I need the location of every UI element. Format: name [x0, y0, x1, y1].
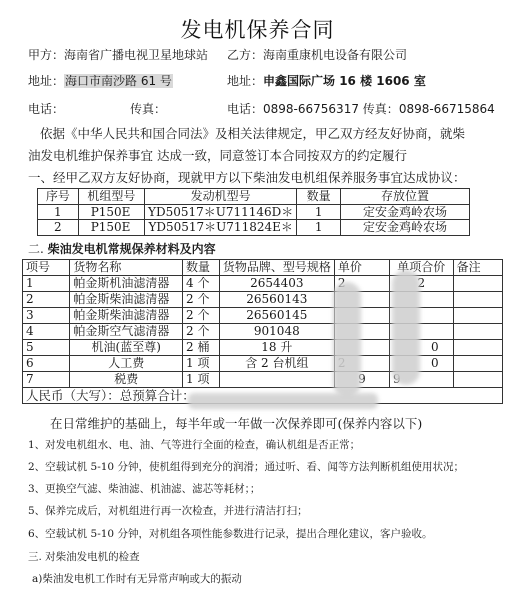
cell-spec: 901048 — [219, 324, 334, 340]
cell-engine-model: YD50517＊U711824E＊ — [145, 220, 297, 236]
cell-quantity: 2 个 — [183, 324, 220, 340]
redaction-blur — [188, 393, 378, 409]
cell-item-name: 税费 — [70, 372, 183, 388]
cell-quantity: 2 桶 — [183, 340, 220, 356]
cell-index: 6 — [23, 356, 70, 372]
intro-line-2: 油发电机维护保养事宜 达成一致，同意签订本合同按双方的约定履行 — [28, 146, 407, 164]
cell-index: 7 — [23, 372, 70, 388]
header-cell: 货物名称 — [70, 260, 183, 276]
party-b-label: 乙方： — [227, 48, 263, 62]
cell-remark — [453, 372, 502, 388]
party-b-fax-label: 传真： — [363, 102, 399, 116]
cell-remark — [453, 292, 502, 308]
cell-item-name: 人工费 — [70, 356, 183, 372]
cell-quantity: 1 — [297, 204, 341, 220]
cell-index: 1 — [23, 276, 70, 292]
maintenance-item: 5、保养完成后，对机组进行再一次检查，并进行清洁打扫； — [28, 503, 308, 518]
header-cell: 数量 — [183, 260, 220, 276]
header-cell: 发动机型号 — [145, 189, 297, 205]
cell-index: 2 — [38, 220, 79, 236]
redaction-blur — [392, 270, 420, 385]
section3-heading: 三. 对柴油发电机的检查 — [28, 549, 140, 564]
party-b-phone: 0898-66756317 — [263, 102, 359, 116]
cell-index: 5 — [23, 340, 70, 356]
table-row: 2 帕金斯柴油滤清器 2 个 26560143 — [23, 292, 503, 308]
party-b-phone-label: 电话： — [227, 102, 263, 116]
section3-item: a)柴油发电机工作时有无异常声响或大的振动 — [32, 571, 242, 586]
maintenance-item: 2、空载试机 5-10 分钟，使机组得到充分的润滑；通过听、看、闻等方法判断机组… — [28, 459, 464, 474]
table-row: 4 帕金斯空气滤清器 2 个 901048 — [23, 324, 503, 340]
party-a-phone-label: 电话： — [28, 100, 64, 117]
cell-unit-model: P150E — [78, 220, 144, 236]
cell-unit-model: P150E — [78, 204, 144, 220]
maintenance-intro: 在日常维护的基础上，每半年或一年做一次保养即可(保养内容以下) — [50, 414, 422, 432]
cell-index: 2 — [23, 292, 70, 308]
party-a-address-line: 地址：海口市南沙路 61 号 — [28, 72, 173, 89]
party-a-line: 甲方：海南省广播电视卫星地球站 — [28, 46, 208, 63]
party-a-address: 海口市南沙路 61 号 — [64, 74, 173, 88]
cell-quantity: 2 个 — [183, 292, 220, 308]
header-cell: 项号 — [23, 260, 70, 276]
party-b-contact-line: 电话：0898-66756317 传真：0898-66715864 — [227, 100, 495, 117]
table-row: 3 帕金斯柴油滤清器 2 个 26560145 — [23, 308, 503, 324]
cell-index: 1 — [38, 204, 79, 220]
party-b-address-line: 地址：申鑫国际广场 16 楼 1606 室 — [227, 72, 426, 89]
cell-quantity: 1 项 — [183, 372, 220, 388]
cell-quantity: 2 个 — [183, 308, 220, 324]
cell-quantity: 4 个 — [183, 276, 220, 292]
header-cell: 单价 — [334, 260, 389, 276]
table-row: 1 帕金斯机油滤清器 4 个 2654403 2 2 — [23, 276, 503, 292]
cell-engine-model: YD50517＊U711146D＊ — [145, 204, 297, 220]
party-b-name: 海南重康机电设备有限公司 — [263, 48, 407, 62]
table-row: 7 税费 1 项 9 9 — [23, 372, 503, 388]
cell-spec: 18 升 — [219, 340, 334, 356]
party-a-name: 海南省广播电视卫星地球站 — [64, 48, 208, 62]
cell-index: 4 — [23, 324, 70, 340]
cell-location: 定安金鸡岭农场 — [340, 220, 469, 236]
cell-item-name: 机油(蓝至尊) — [70, 340, 183, 356]
party-b-fax: 0898-66715864 — [399, 102, 495, 116]
maintenance-item: 6、空载试机 5-10 分钟，对机组各项性能参数进行记录，提出合理化建议，客户验… — [28, 526, 432, 541]
cell-spec: 2654403 — [219, 276, 334, 292]
maintenance-materials-table: 项号 货物名称 数量 货物品牌、型号规格 单价 单项合价 备注 1 帕金斯机油滤… — [22, 259, 503, 404]
party-b-address-label: 地址： — [227, 74, 263, 88]
party-a-fax-label: 传真： — [130, 100, 166, 117]
header-cell: 数量 — [297, 189, 341, 205]
section2-heading-line: 二. 柴油发电机常规保养材料及内容 — [28, 240, 216, 257]
cell-spec: 26560145 — [219, 308, 334, 324]
table-row: 2 P150E YD50517＊U711824E＊ 1 定安金鸡岭农场 — [38, 220, 470, 236]
generator-units-table: 序号 机组型号 发动机型号 数量 存放位置 1 P150E YD50517＊U7… — [37, 188, 470, 236]
cell-index: 3 — [23, 308, 70, 324]
cell-remark — [453, 276, 502, 292]
cell-spec: 26560143 — [219, 292, 334, 308]
cell-remark — [453, 340, 502, 356]
party-b-address: 申鑫国际广场 16 楼 1606 室 — [263, 74, 426, 88]
cell-quantity: 1 项 — [183, 356, 220, 372]
party-a-label: 甲方： — [28, 48, 64, 62]
header-cell: 序号 — [38, 189, 79, 205]
cell-remark — [453, 356, 502, 372]
table-row: 6 人工费 1 项 含 2 台机组 2 0 — [23, 356, 503, 372]
header-cell: 备注 — [453, 260, 502, 276]
cell-item-name: 帕金斯柴油滤清器 — [70, 292, 183, 308]
section2-heading: 柴油发电机常规保养材料及内容 — [48, 242, 216, 256]
cell-spec: 含 2 台机组 — [219, 356, 334, 372]
maintenance-item: 1、对发电机组水、电、油、气等进行全面的检查，确认机组是否正常； — [28, 437, 360, 452]
section2-prefix: 二. — [28, 242, 44, 256]
cell-item-name: 帕金斯机油滤清器 — [70, 276, 183, 292]
cell-remark — [453, 308, 502, 324]
table-row: 5 机油(蓝至尊) 2 桶 18 升 0 — [23, 340, 503, 356]
document-title: 发电机保养合同 — [0, 14, 515, 44]
header-cell: 机组型号 — [78, 189, 144, 205]
cell-location: 定安金鸡岭农场 — [340, 204, 469, 220]
header-cell: 货物品牌、型号规格 — [219, 260, 334, 276]
cell-item-name: 帕金斯空气滤清器 — [70, 324, 183, 340]
cell-remark — [453, 324, 502, 340]
cell-item-name: 帕金斯柴油滤清器 — [70, 308, 183, 324]
party-b-line: 乙方：海南重康机电设备有限公司 — [227, 46, 407, 63]
table-header-row: 项号 货物名称 数量 货物品牌、型号规格 单价 单项合价 备注 — [23, 260, 503, 276]
intro-line-1: 依据《中华人民共和国合同法》及相关法律规定，甲乙双方经友好协商，就柴 — [40, 124, 465, 142]
redaction-blur — [333, 282, 361, 397]
cell-spec — [219, 372, 334, 388]
section1-heading: 一、经甲乙双方友好协商，现就甲方以下柴油发电机组保养服务事宜达成协议： — [28, 168, 466, 186]
table-header-row: 序号 机组型号 发动机型号 数量 存放位置 — [38, 189, 470, 205]
header-cell: 存放位置 — [340, 189, 469, 205]
cell-quantity: 1 — [297, 220, 341, 236]
maintenance-item: 3、更换空气滤、柴油滤、机油滤、滤芯等耗材；； — [28, 481, 260, 496]
party-a-address-label: 地址： — [28, 74, 64, 88]
table-row: 1 P150E YD50517＊U711146D＊ 1 定安金鸡岭农场 — [38, 204, 470, 220]
